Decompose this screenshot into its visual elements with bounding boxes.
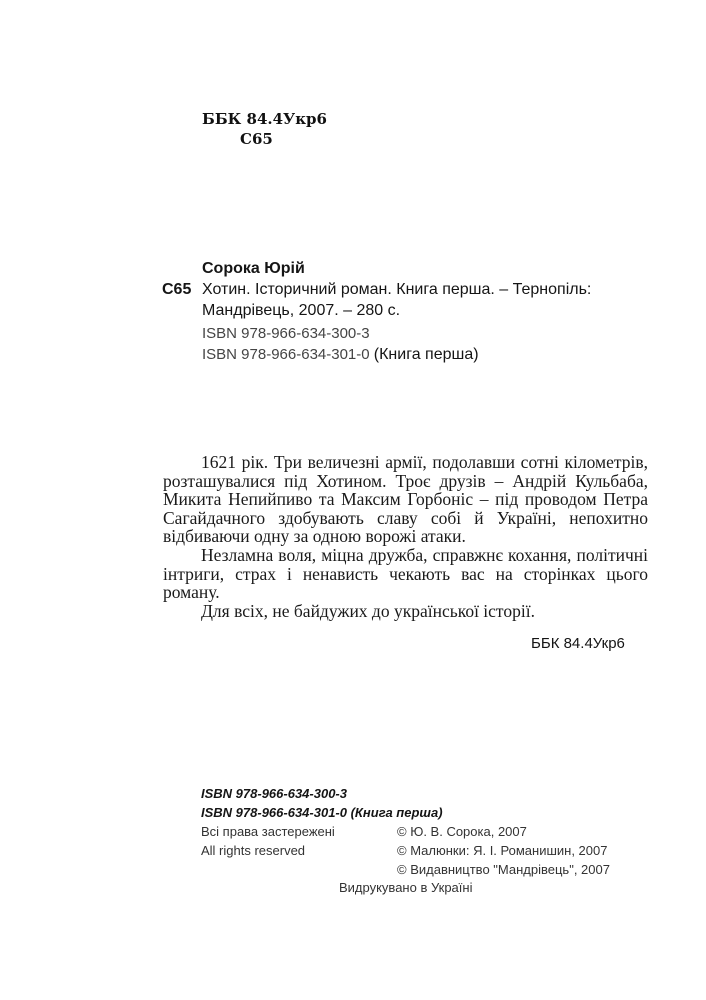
- annotation-paragraph-3: Для всіх, не байдужих до української іст…: [163, 602, 648, 621]
- annotation: 1621 рік. Три величезні армії, подолавши…: [163, 453, 648, 620]
- isbn-record-2: ISBN 978-966-634-301-0 (Книга перша): [202, 344, 479, 365]
- bbk-classification-bottom: ББК 84.4Укр6: [531, 634, 625, 654]
- author-code-top: С65: [240, 129, 273, 149]
- title-line-1: Хотин. Історичний роман. Книга перша. – …: [202, 279, 591, 300]
- annotation-paragraph-2: Незламна воля, міцна дружба, справжнє ко…: [163, 546, 648, 602]
- title-line-2: Мандрівець, 2007. – 280 с.: [202, 300, 400, 321]
- isbn-record-2-number: ISBN 978-966-634-301-0: [202, 346, 370, 363]
- bbk-classification-top: ББК 84.4Укр6: [202, 109, 327, 129]
- annotation-paragraph-1: 1621 рік. Три величезні армії, подолавши…: [163, 453, 648, 546]
- imprint-isbn-2: ISBN 978-966-634-301-0 (Книга перша): [201, 803, 443, 822]
- printed-in: Видрукувано в Україні: [339, 878, 472, 897]
- imprint-isbn-1: ISBN 978-966-634-300-3: [201, 784, 347, 803]
- rights-reserved-ua: Всі права застережені: [201, 822, 335, 841]
- copyright-illustrations: © Малюнки: Я. І. Романишин, 2007: [397, 841, 607, 860]
- copyright-author: © Ю. В. Сорока, 2007: [397, 822, 527, 841]
- copyright-publisher: © Видавництво "Мандрівець", 2007: [397, 860, 610, 879]
- author-code: С65: [162, 279, 191, 300]
- author-name: Сорока Юрій: [202, 258, 305, 279]
- rights-reserved-en: All rights reserved: [201, 841, 305, 860]
- isbn-record-1: ISBN 978-966-634-300-3: [202, 323, 370, 344]
- isbn-record-2-note: (Книга перша): [374, 346, 479, 363]
